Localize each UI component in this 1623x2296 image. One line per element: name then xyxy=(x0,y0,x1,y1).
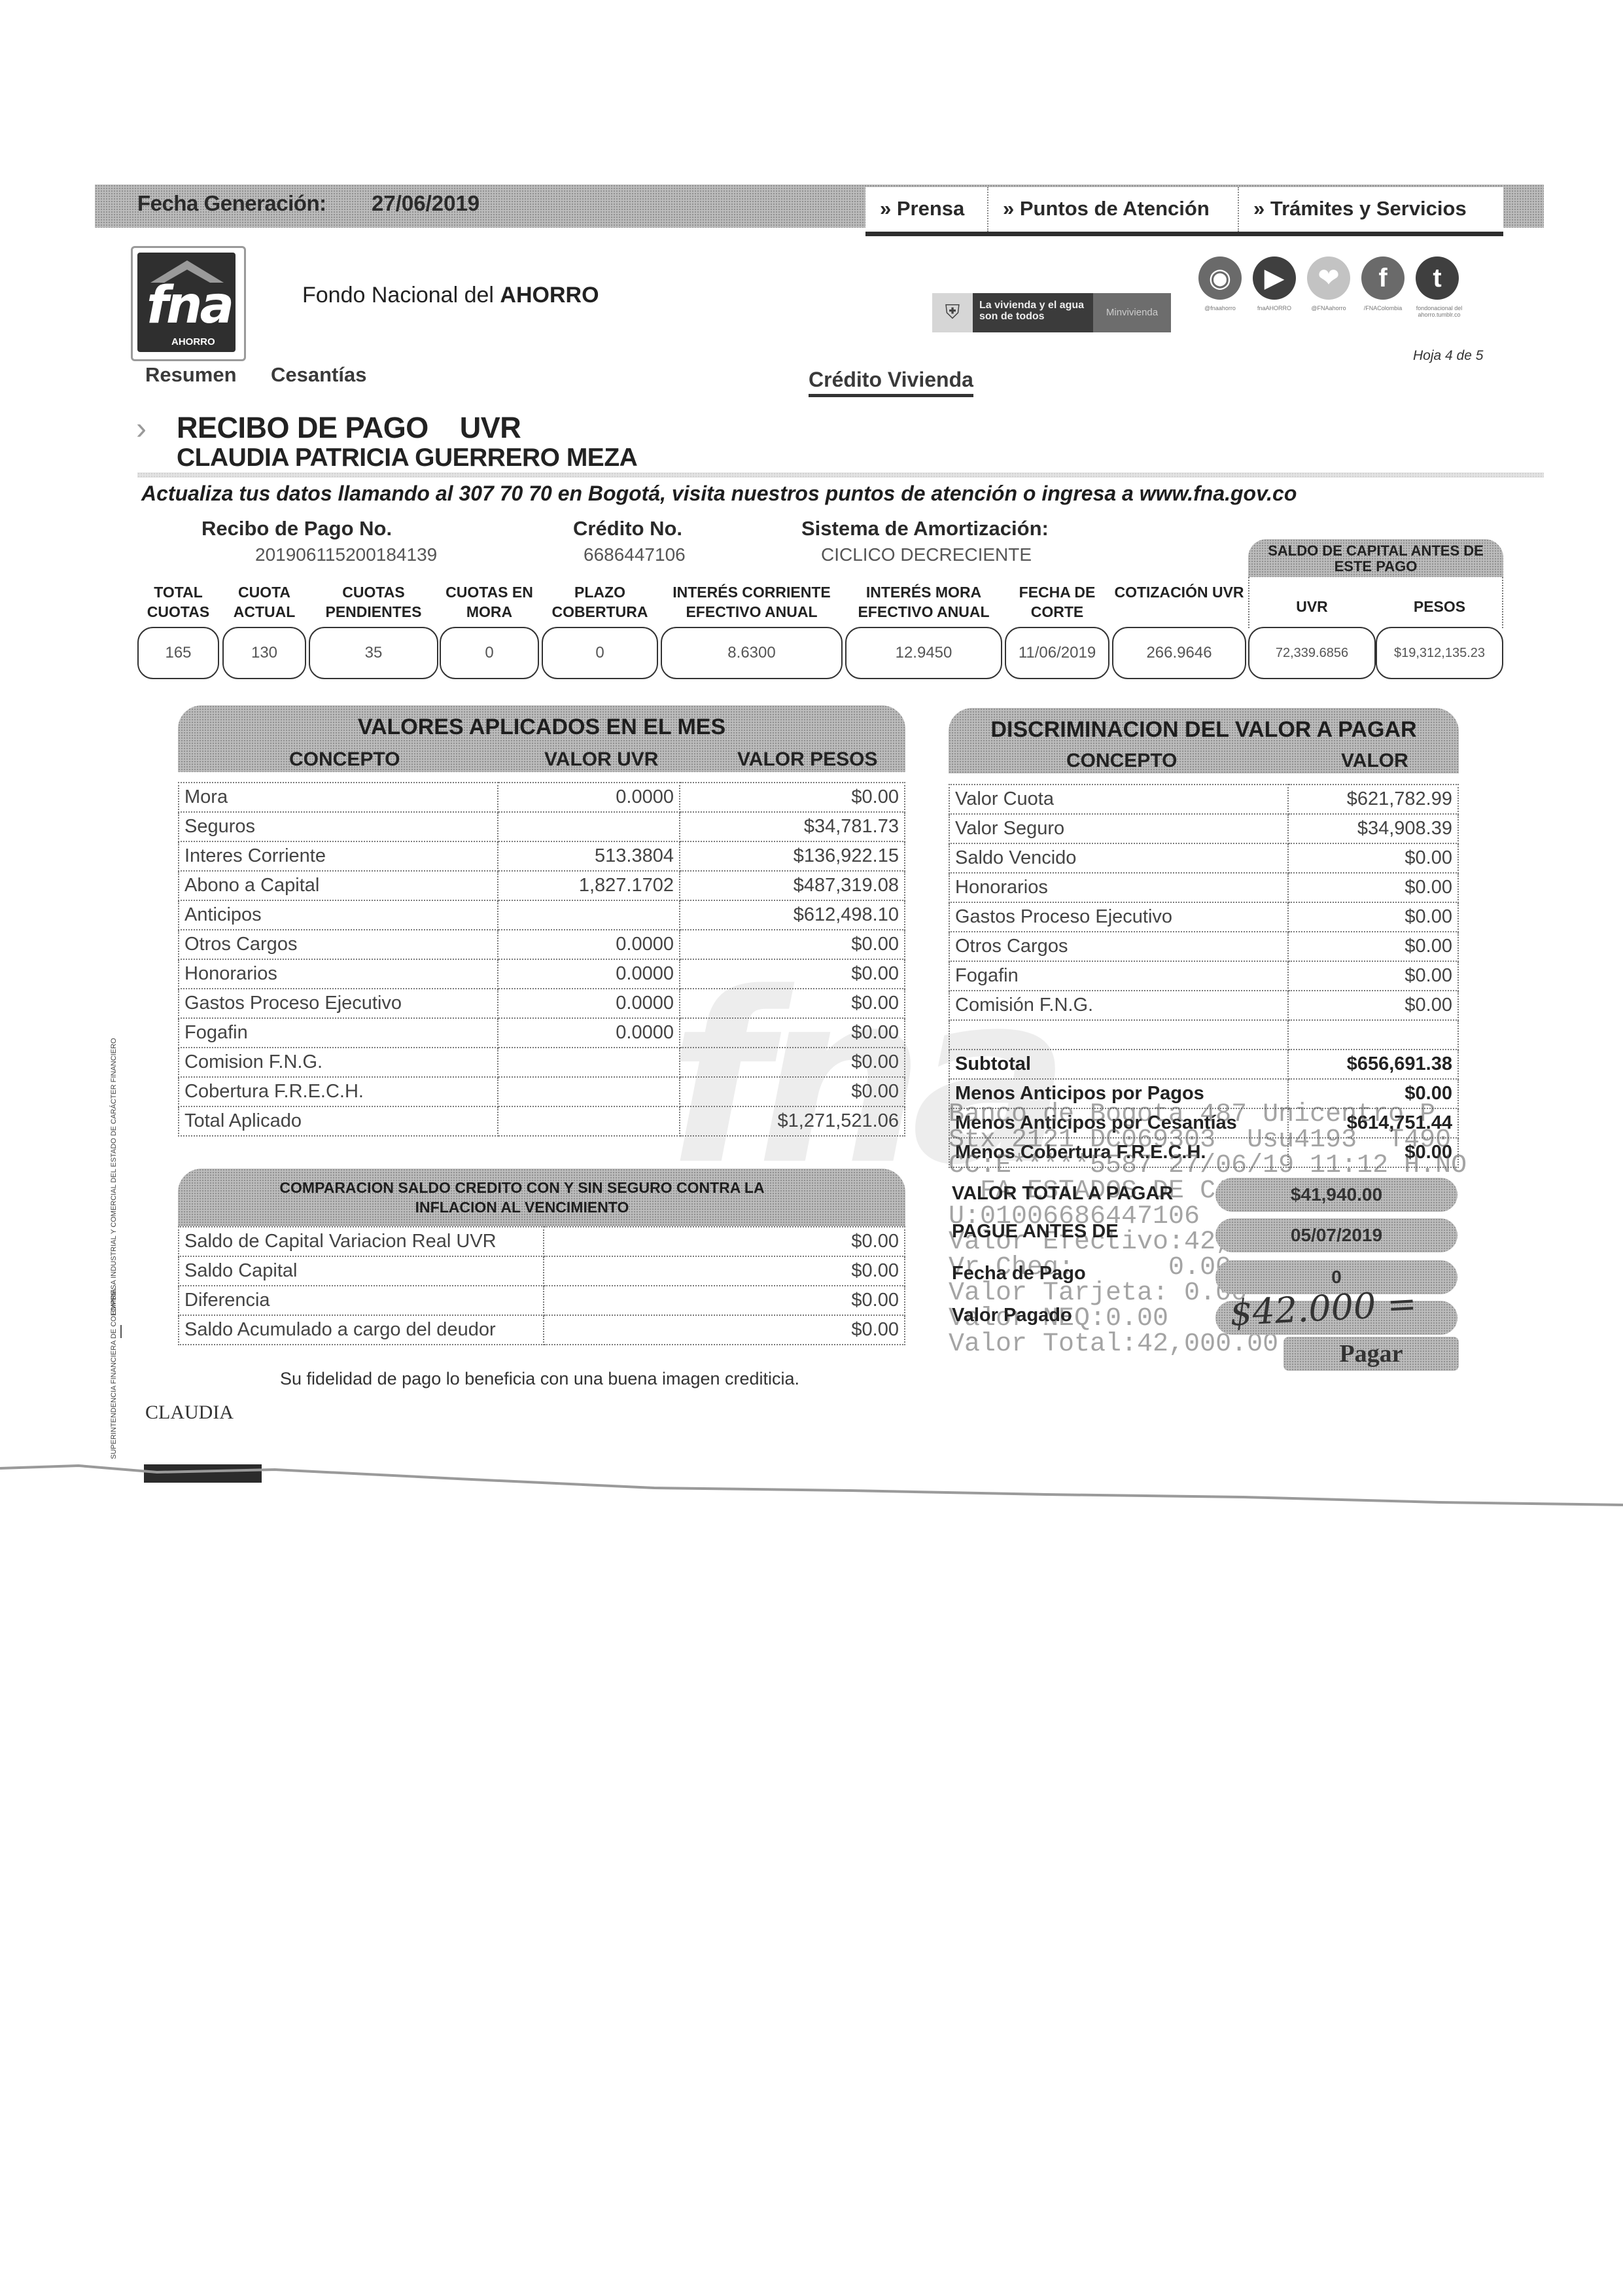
cell-valor: $0.00 xyxy=(1288,843,1458,873)
summary-col-header: CUOTA ACTUAL xyxy=(222,582,306,622)
cell-concepto: Saldo de Capital Variacion Real UVR xyxy=(179,1227,544,1256)
table-row: Total Aplicado$1,271,521.06 xyxy=(179,1106,905,1136)
cell-valor: $0.00 xyxy=(1288,873,1458,902)
summary-col-header: COTIZACIÓN UVR xyxy=(1112,582,1246,602)
summary-col-value: 8.6300 xyxy=(661,627,843,679)
summary-col-header: UVR xyxy=(1248,597,1376,616)
comparacion-panel-header: COMPARACION SALDO CREDITO CON Y SIN SEGU… xyxy=(178,1169,905,1226)
cell-valor: $0.00 xyxy=(544,1286,905,1315)
cell-concepto: Otros Cargos xyxy=(179,930,498,959)
cell-concepto: Abono a Capital xyxy=(179,871,498,900)
cell-concepto: Fogafin xyxy=(179,1018,498,1048)
cell-valor: $656,691.38 xyxy=(1288,1050,1458,1079)
brand-name-regular: Fondo Nacional del xyxy=(302,283,500,308)
cell-concepto: Mora xyxy=(179,783,498,812)
cell-valor: 0.0000 xyxy=(498,989,680,1018)
summary-col-value: 0 xyxy=(440,627,539,679)
valores-aplicados-title: VALORES APLICADOS EN EL MES xyxy=(178,705,905,740)
table-row: Valor Cuota$621,782.99 xyxy=(949,785,1458,814)
cell-concepto: Total Aplicado xyxy=(179,1106,498,1136)
facebook-icon[interactable]: f xyxy=(1361,256,1405,300)
summary-col-value: 12.9450 xyxy=(845,627,1002,679)
table-row: Saldo de Capital Variacion Real UVR$0.00 xyxy=(179,1227,905,1256)
chevron-right-icon: › xyxy=(136,411,147,447)
comparacion-title: COMPARACION SALDO CREDITO CON Y SIN SEGU… xyxy=(178,1169,905,1217)
cell-concepto: Saldo Acumulado a cargo del deudor xyxy=(179,1315,544,1345)
summary-col-value: 130 xyxy=(222,627,306,679)
recibo-value: 201906115200184139 xyxy=(255,544,437,565)
cell-valor: $34,908.39 xyxy=(1288,814,1458,843)
summary-col-header: TOTAL CUOTAS xyxy=(137,582,219,622)
valores-aplicados-table: Mora0.0000$0.00Seguros$34,781.73Interes … xyxy=(178,782,905,1137)
col-concepto: CONCEPTO xyxy=(1066,750,1177,772)
cell-concepto: Comision F.N.G. xyxy=(179,1048,498,1077)
cell-valor xyxy=(498,1048,680,1077)
ministry-name: Minvivienda xyxy=(1093,293,1171,332)
cell-valor: $0.00 xyxy=(544,1256,905,1286)
amount-paid-label: Valor Pagado xyxy=(952,1305,1072,1326)
social-caption: @fnaahorro xyxy=(1191,305,1249,311)
cell-concepto: Gastos Proceso Ejecutivo xyxy=(179,989,498,1018)
summary-col-value: 0 xyxy=(542,627,658,679)
table-row: Saldo Acumulado a cargo del deudor$0.00 xyxy=(179,1315,905,1345)
cell-valor: $0.00 xyxy=(1288,961,1458,991)
table-row: Anticipos$612,498.10 xyxy=(179,900,905,930)
table-row: Gastos Proceso Ejecutivo0.0000$0.00 xyxy=(179,989,905,1018)
summary-col-header: CUOTAS EN MORA xyxy=(440,582,539,622)
cell-valor xyxy=(498,1106,680,1136)
generation-date-label: Fecha Generación: xyxy=(137,191,326,216)
cell-valor: $612,498.10 xyxy=(680,900,905,930)
generation-date-value: 27/06/2019 xyxy=(372,191,480,216)
logo-subtext: AHORRO xyxy=(171,336,215,347)
social-caption: fondonacional del ahorro.tumblr.co xyxy=(1406,305,1472,318)
gov-banner[interactable]: ⛨ La vivienda y el agua son de todos Min… xyxy=(932,293,1171,332)
table-row: Diferencia$0.00 xyxy=(179,1286,905,1315)
colombia-coat-of-arms-icon: ⛨ xyxy=(932,293,973,332)
comparacion-table: Saldo de Capital Variacion Real UVR$0.00… xyxy=(178,1226,905,1345)
cell-valor xyxy=(498,900,680,930)
summary-col-header: PESOS xyxy=(1376,597,1503,616)
cell-valor: $0.00 xyxy=(680,930,905,959)
cell-valor: $1,271,521.06 xyxy=(680,1106,905,1136)
summary-col-value: $19,312,135.23 xyxy=(1376,627,1503,679)
cell-valor: $0.00 xyxy=(1288,932,1458,961)
cell-valor: $0.00 xyxy=(544,1227,905,1256)
instagram-icon[interactable]: ◉ xyxy=(1198,256,1242,300)
cell-valor: 0.0000 xyxy=(498,1018,680,1048)
summary-col-header: CUOTAS PENDIENTES xyxy=(309,582,438,622)
paper-tear-edge xyxy=(0,1459,1623,1511)
cell-valor: 0.0000 xyxy=(498,783,680,812)
cell-concepto: Valor Cuota xyxy=(949,785,1288,814)
table-row: Otros Cargos0.0000$0.00 xyxy=(179,930,905,959)
cell-valor xyxy=(498,1077,680,1106)
payment-date-label: Fecha de Pago xyxy=(952,1263,1086,1284)
table-row: Honorarios$0.00 xyxy=(949,873,1458,902)
summary-col-value: 165 xyxy=(137,627,219,679)
cell-valor: 513.3804 xyxy=(498,841,680,871)
cell-concepto: Saldo Capital xyxy=(179,1256,544,1286)
cell-concepto: Interes Corriente xyxy=(179,841,498,871)
cell-concepto: Seguros xyxy=(179,812,498,841)
twitter-icon[interactable]: ❤ xyxy=(1307,256,1350,300)
cell-concepto: Valor Seguro xyxy=(949,814,1288,843)
cell-valor: $136,922.15 xyxy=(680,841,905,871)
fna-logo[interactable]: fna AHORRO xyxy=(131,246,246,361)
cell-concepto: Anticipos xyxy=(179,900,498,930)
table-row: Otros Cargos$0.00 xyxy=(949,932,1458,961)
page-indicator: Hoja 4 de 5 xyxy=(1413,348,1483,364)
table-row: Seguros$34,781.73 xyxy=(179,812,905,841)
cell-concepto: Saldo Vencido xyxy=(949,843,1288,873)
cell-concepto: Fogafin xyxy=(949,961,1288,991)
cell-concepto: Honorarios xyxy=(179,959,498,989)
pay-button[interactable]: Pagar xyxy=(1283,1337,1459,1371)
cell-valor: $0.00 xyxy=(680,783,905,812)
cell-valor: $0.00 xyxy=(1288,902,1458,932)
gov-slogan: La vivienda y el agua son de todos xyxy=(973,293,1093,332)
table-row: Fogafin$0.00 xyxy=(949,961,1458,991)
sistema-value: CICLICO DECRECIENTE xyxy=(821,544,1032,565)
cell-concepto: Gastos Proceso Ejecutivo xyxy=(949,902,1288,932)
nav-puntos-atencion[interactable]: » Puntos de Atención xyxy=(988,187,1239,232)
table-row: Subtotal$656,691.38 xyxy=(949,1050,1458,1079)
summary-col-value: 11/06/2019 xyxy=(1005,627,1109,679)
table-row: Interes Corriente513.3804$136,922.15 xyxy=(179,841,905,871)
cell-valor xyxy=(1288,1020,1458,1050)
superintendencia-vertical-text: SUPERINTENDENCIA FINANCIERA DE COLOMBIA xyxy=(110,1315,118,1459)
cell-concepto: Cobertura F.R.E.C.H. xyxy=(179,1077,498,1106)
social-caption: fnaAHORRO xyxy=(1245,305,1304,311)
credito-value: 6686447106 xyxy=(584,544,686,565)
brand-name-bold: AHORRO xyxy=(500,283,599,308)
youtube-play-icon[interactable]: ▶ xyxy=(1253,256,1296,300)
logo-text: fna xyxy=(147,276,232,335)
cell-concepto: Honorarios xyxy=(949,873,1288,902)
nav-prensa[interactable]: » Prensa xyxy=(865,187,988,232)
summary-col-header: FECHA DE CORTE xyxy=(1005,582,1109,622)
fna-logo-mark: fna AHORRO xyxy=(137,253,236,352)
due-date-value: 05/07/2019 xyxy=(1215,1218,1457,1252)
signature: CLAUDIA xyxy=(145,1402,234,1424)
cell-valor: 0.0000 xyxy=(498,930,680,959)
top-nav: » Prensa » Puntos de Atención » Trámites… xyxy=(865,187,1503,236)
table-row: Cobertura F.R.E.C.H.$0.00 xyxy=(179,1077,905,1106)
saldo-capital-header: SALDO DE CAPITAL ANTES DE ESTE PAGO xyxy=(1248,539,1503,577)
cell-valor: 1,827.1702 xyxy=(498,871,680,900)
social-caption: @FNAahorro xyxy=(1299,305,1358,311)
cell-valor: $487,319.08 xyxy=(680,871,905,900)
cell-valor: $0.00 xyxy=(680,959,905,989)
summary-col-header: INTERÉS CORRIENTE EFECTIVO ANUAL xyxy=(661,582,843,622)
tab-credito-vivienda[interactable]: Crédito Vivienda xyxy=(809,368,973,397)
table-row: Saldo Vencido$0.00 xyxy=(949,843,1458,873)
social-caption: /FNAColombia xyxy=(1353,305,1412,311)
cell-valor: $0.00 xyxy=(1288,991,1458,1020)
summary-col-value: 72,339.6856 xyxy=(1248,627,1376,679)
total-to-pay-value: $41,940.00 xyxy=(1215,1178,1457,1212)
vertical-divider xyxy=(120,1325,122,1338)
due-date-label: PAGUE ANTES DE xyxy=(952,1221,1119,1243)
total-to-pay-label: VALOR TOTAL A PAGAR xyxy=(952,1183,1173,1205)
nav-tramites-servicios[interactable]: » Trámites y Servicios xyxy=(1239,187,1503,232)
col-valor-uvr: VALOR UVR xyxy=(544,749,658,771)
col-valor-pesos: VALOR PESOS xyxy=(737,749,877,771)
cell-valor: $0.00 xyxy=(544,1315,905,1345)
cell-valor: 0.0000 xyxy=(498,959,680,989)
cell-valor: $0.00 xyxy=(680,1077,905,1106)
cell-valor xyxy=(498,812,680,841)
table-row: Comisión F.N.G.$0.00 xyxy=(949,991,1458,1020)
cell-valor: $0.00 xyxy=(680,989,905,1018)
table-row: Comision F.N.G.$0.00 xyxy=(179,1048,905,1077)
cell-concepto: Otros Cargos xyxy=(949,932,1288,961)
cell-concepto: Diferencia xyxy=(179,1286,544,1315)
col-concepto: CONCEPTO xyxy=(289,749,400,771)
top-bar-end xyxy=(1503,185,1544,228)
table-row: Fogafin0.0000$0.00 xyxy=(179,1018,905,1048)
tumblr-icon[interactable]: t xyxy=(1416,256,1459,300)
table-row: Honorarios0.0000$0.00 xyxy=(179,959,905,989)
cell-concepto: Comisión F.N.G. xyxy=(949,991,1288,1020)
page-title: RECIBO DE PAGO UVR xyxy=(177,411,521,445)
update-data-notice: Actualiza tus datos llamando al 307 70 7… xyxy=(141,482,1297,506)
table-row: Valor Seguro$34,908.39 xyxy=(949,814,1458,843)
summary-col-header: INTERÉS MORA EFECTIVO ANUAL xyxy=(845,582,1002,622)
tab-cesantias[interactable]: Cesantías xyxy=(271,363,366,387)
valores-aplicados-panel-header: VALORES APLICADOS EN EL MES CONCEPTO VAL… xyxy=(178,705,905,772)
tab-resumen[interactable]: Resumen xyxy=(145,363,237,387)
col-valor: VALOR xyxy=(1341,750,1408,772)
cell-concepto xyxy=(949,1020,1288,1050)
table-row xyxy=(949,1020,1458,1050)
summary-col-value: 35 xyxy=(309,627,438,679)
discriminacion-panel-header: DISCRIMINACION DEL VALOR A PAGAR CONCEPT… xyxy=(949,708,1459,773)
cell-valor: $0.00 xyxy=(680,1048,905,1077)
cell-valor: $34,781.73 xyxy=(680,812,905,841)
credito-label: Crédito No. xyxy=(573,517,682,540)
table-row: Gastos Proceso Ejecutivo$0.00 xyxy=(949,902,1458,932)
fidelity-message: Su fidelidad de pago lo beneficia con un… xyxy=(280,1369,799,1389)
cell-valor: $0.00 xyxy=(680,1018,905,1048)
empresa-vertical-text: EMPRESA INDUSTRIAL Y COMERCIAL DEL ESTAD… xyxy=(110,1178,118,1315)
brand-name: Fondo Nacional del AHORRO xyxy=(302,283,599,308)
divider xyxy=(137,472,1544,478)
summary-col-value: 266.9646 xyxy=(1112,627,1246,679)
cell-concepto: Subtotal xyxy=(949,1050,1288,1079)
summary-col-header: PLAZO COBERTURA xyxy=(542,582,658,622)
cell-valor: $621,782.99 xyxy=(1288,785,1458,814)
discriminacion-title: DISCRIMINACION DEL VALOR A PAGAR xyxy=(949,708,1459,743)
sistema-label: Sistema de Amortización: xyxy=(801,517,1049,540)
recibo-label: Recibo de Pago No. xyxy=(201,517,392,540)
table-row: Mora0.0000$0.00 xyxy=(179,783,905,812)
table-row: Saldo Capital$0.00 xyxy=(179,1256,905,1286)
table-row: Abono a Capital1,827.1702$487,319.08 xyxy=(179,871,905,900)
client-name: CLAUDIA PATRICIA GUERRERO MEZA xyxy=(177,444,637,472)
